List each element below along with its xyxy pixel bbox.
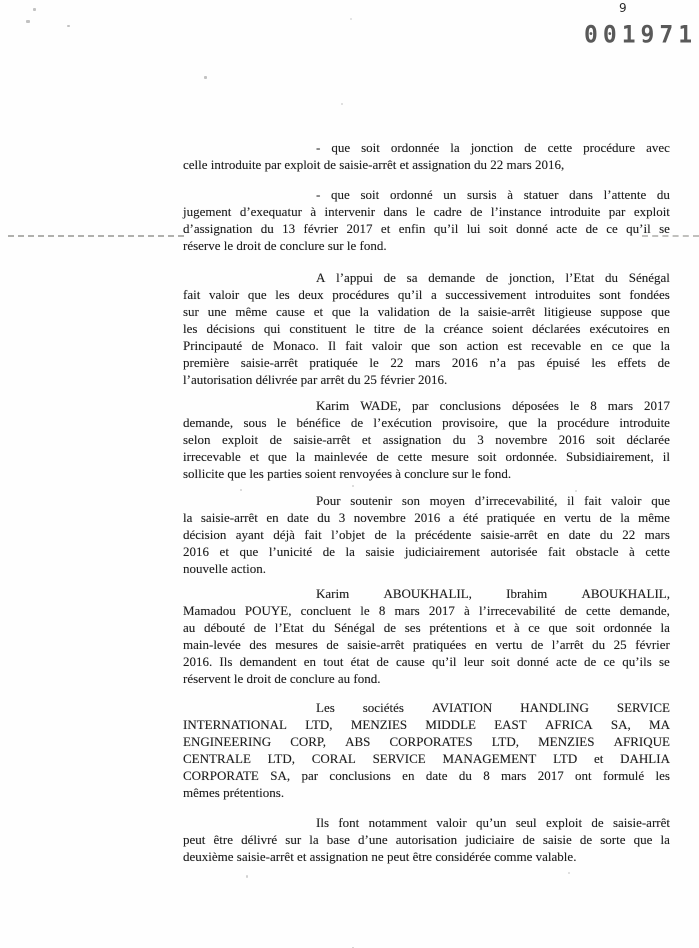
text-line: peutêtredélivrésurlabased’uneautorisatio…	[183, 831, 670, 848]
fold-crease-line-left	[8, 235, 184, 237]
scan-speck	[26, 20, 30, 23]
text-line: audéboutédel’EtatduSénégaldesesprétentio…	[183, 619, 670, 636]
text-line: lasaisie-arrêtendatedu3novembre2016aétép…	[183, 509, 670, 526]
text-line: 2016.Ilsdemandententoutétatdecausequ’ill…	[183, 653, 670, 670]
text-block: -quesoitordonnéelajonctiondecetteprocédu…	[183, 139, 670, 865]
paragraph: -quesoitordonnéunsursisàstatuerdansl’att…	[183, 186, 670, 254]
paragraph: KarimABOUKHALIL,IbrahimABOUKHALIL,Mamado…	[183, 585, 670, 687]
text-line: -quesoitordonnéunsursisàstatuerdansl’att…	[183, 186, 670, 203]
scan-speck	[67, 25, 70, 27]
text-line: irrecevableetquelamainlevéedecettemesure…	[183, 448, 670, 465]
text-line: surunemêmecauseetquelavalidationdelasais…	[183, 303, 670, 320]
text-line: d’assignationdu13février2017etenfinqu’il…	[183, 220, 670, 237]
text-line: faitvaloirquelesdeuxprocéduresqu’ilasucc…	[183, 286, 670, 303]
paragraph: Al’appuidesademandedejonction,l’EtatduSé…	[183, 269, 670, 388]
text-line: INTERNATIONALLTD,MENZIESMIDDLEEASTAFRICA…	[183, 716, 670, 733]
paragraph: LessociétésAVIATIONHANDLINGSERVICEINTERN…	[183, 699, 670, 801]
text-line: premièresaisie-arrêtpratiquéele22mars201…	[183, 354, 670, 371]
text-line: LessociétésAVIATIONHANDLINGSERVICE	[183, 699, 670, 716]
paragraph: -quesoitordonnéelajonctiondecetteprocédu…	[183, 139, 670, 173]
text-line: réservent le droit de conclure au fond.	[183, 670, 670, 687]
text-line: CORPORATESA,parconclusionsendatedu8mars2…	[183, 767, 670, 784]
document-page: 9 001971 -quesoitordonnéelajonctiondecet…	[0, 0, 699, 948]
stamp-number: 001971	[584, 21, 697, 48]
text-line: celle introduite par exploit de saisie-a…	[183, 156, 670, 173]
text-line: lesdécisionsquiconstituentletitredelacré…	[183, 320, 670, 337]
scan-speck	[341, 103, 343, 105]
text-line: selonexploitdesaisie-arrêtetassignationd…	[183, 431, 670, 448]
text-line: CENTRALELTD,CORALSERVICEMANAGEMENTLTDetD…	[183, 750, 670, 767]
scan-speck	[246, 875, 248, 878]
paragraph: Poursoutenirsonmoyend’irrecevabilité,ilf…	[183, 492, 670, 577]
scan-speck	[568, 872, 570, 874]
text-line: mêmes prétentions.	[183, 784, 670, 801]
text-line: Ilsfontnotammentvaloirqu’unseulexploitde…	[183, 814, 670, 831]
text-line: 2016etquel’unicitédelasaisiejudiciaireme…	[183, 543, 670, 560]
text-line: -quesoitordonnéelajonctiondecetteprocédu…	[183, 139, 670, 156]
page-number: 9	[619, 1, 627, 15]
text-line: KarimABOUKHALIL,IbrahimABOUKHALIL,	[183, 585, 670, 602]
scan-speck	[33, 8, 36, 11]
paragraph: Ilsfontnotammentvaloirqu’unseulexploitde…	[183, 814, 670, 865]
text-line: réserve le droit de conclure sur le fond…	[183, 237, 670, 254]
text-line: décisionayantdéjàfaitl’objetdelaprécéden…	[183, 526, 670, 543]
scan-speck	[204, 76, 207, 79]
text-line: ENGINEERINGCORP,ABSCORPORATESLTD,MENZIES…	[183, 733, 670, 750]
text-line: sollicite que les parties soient renvoyé…	[183, 465, 670, 482]
text-line: jugementd’exequaturàintervenirdanslecadr…	[183, 203, 670, 220]
scan-speck	[350, 18, 352, 20]
text-line: Al’appuidesademandedejonction,l’EtatduSé…	[183, 269, 670, 286]
text-line: demande,souslebénéficedel’exécutionprovi…	[183, 414, 670, 431]
paragraph: KarimWADE,parconclusionsdéposéesle8mars2…	[183, 397, 670, 482]
text-line: l’autorisation délivrée par arrêt du 25 …	[183, 371, 670, 388]
text-line: KarimWADE,parconclusionsdéposéesle8mars2…	[183, 397, 670, 414]
text-line: deuxième saisie-arrêt et assignation ne …	[183, 848, 670, 865]
text-line: PrincipautédeMonaco.Ilfaitvaloirquesonac…	[183, 337, 670, 354]
text-line: MamadouPOUYE,concluentle8mars2017àl’irre…	[183, 602, 670, 619]
text-line: Poursoutenirsonmoyend’irrecevabilité,ilf…	[183, 492, 670, 509]
text-line: main-levéedesmesuresdesaisie-arrêtpratiq…	[183, 636, 670, 653]
text-line: nouvelle action.	[183, 560, 670, 577]
